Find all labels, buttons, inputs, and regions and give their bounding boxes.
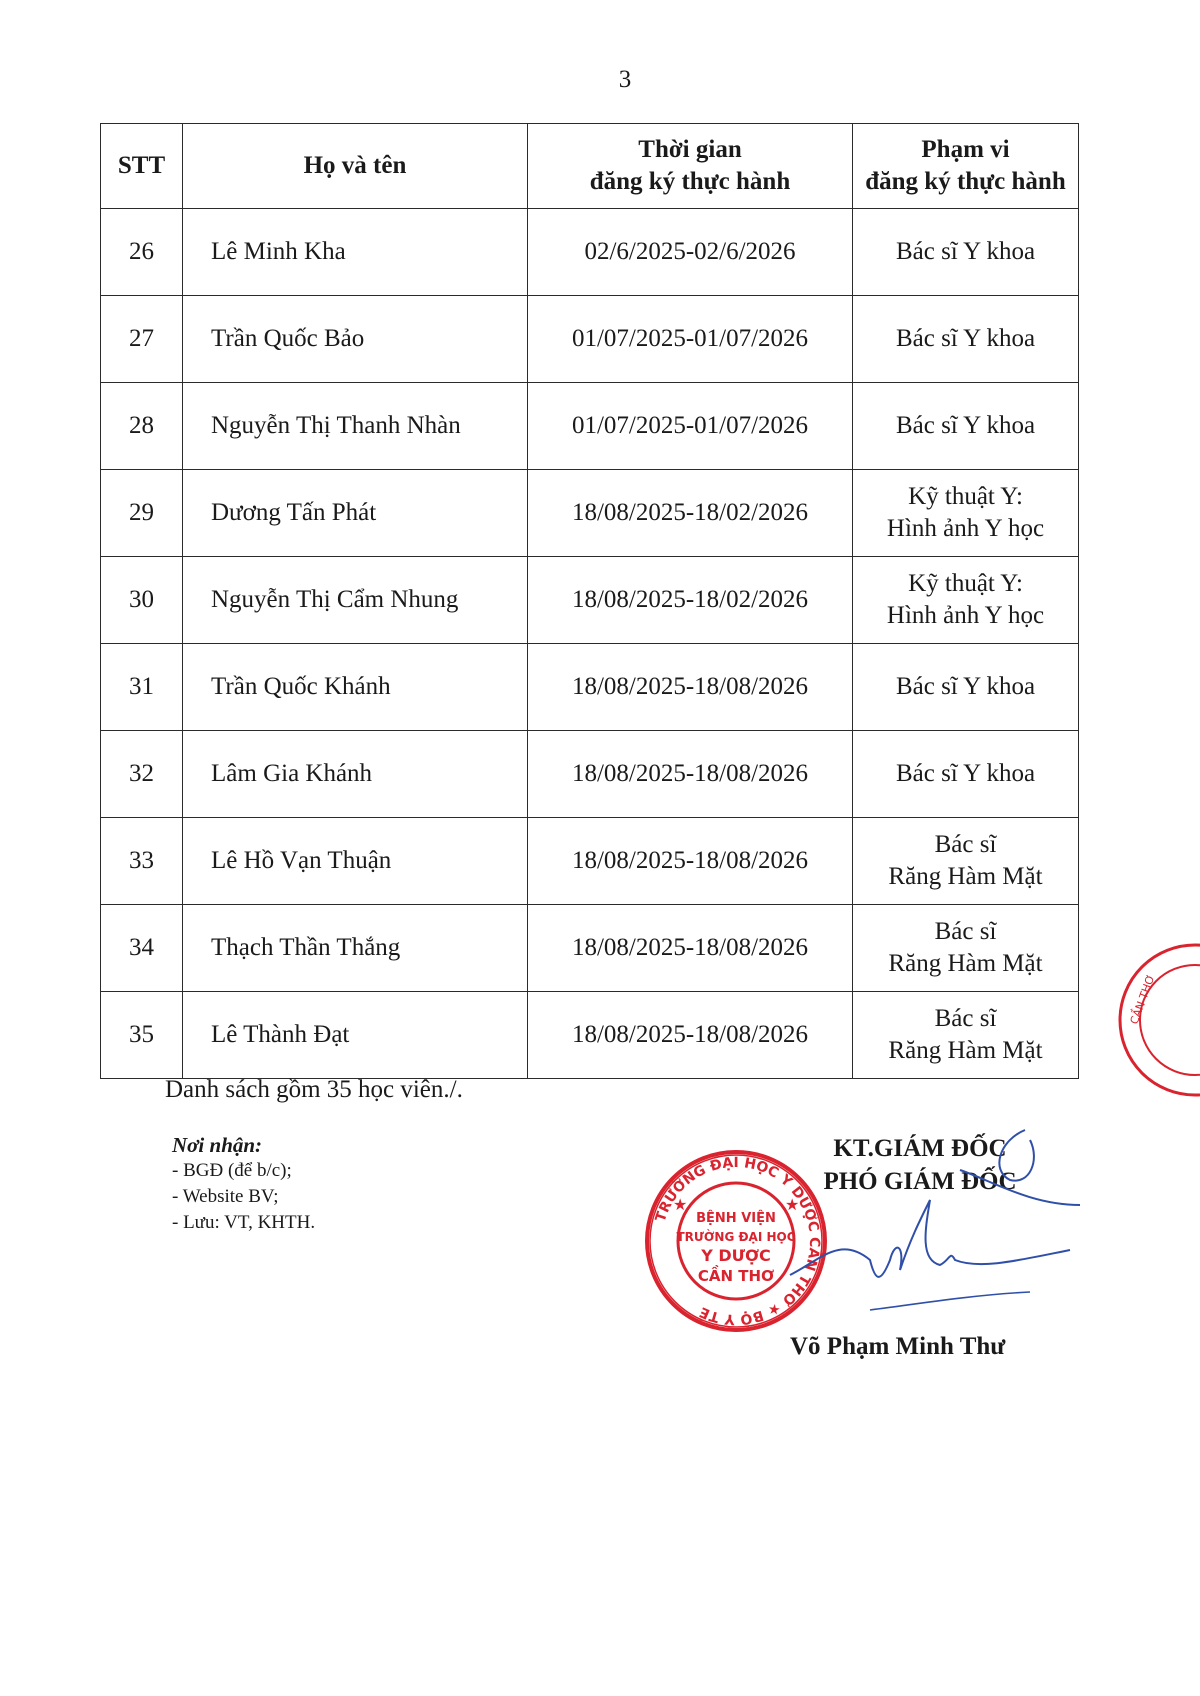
table-row: 30Nguyễn Thị Cẩm Nhung18/08/2025-18/02/2…	[101, 557, 1079, 644]
scope-line1: Kỹ thuật Y:	[854, 481, 1077, 513]
handwritten-signature	[780, 1110, 1090, 1330]
cell-name: Lâm Gia Khánh	[183, 731, 528, 818]
table-row: 29Dương Tấn Phát18/08/2025-18/02/2026Kỹ …	[101, 470, 1079, 557]
header-time: Thời gian đăng ký thực hành	[528, 124, 853, 209]
cell-time: 18/08/2025-18/08/2026	[528, 644, 853, 731]
scope-line2: Hình ảnh Y học	[854, 513, 1077, 545]
cell-name: Dương Tấn Phát	[183, 470, 528, 557]
cell-name: Lê Minh Kha	[183, 209, 528, 296]
svg-text:BỆNH VIỆN: BỆNH VIỆN	[696, 1210, 776, 1226]
cell-scope: Kỹ thuật Y:Hình ảnh Y học	[853, 557, 1079, 644]
scope-line2: Răng Hàm Mặt	[854, 948, 1077, 980]
scope-line2: Răng Hàm Mặt	[854, 861, 1077, 893]
cell-stt: 32	[101, 731, 183, 818]
cell-name: Trần Quốc Bảo	[183, 296, 528, 383]
svg-text:TRƯỜNG ĐẠI HỌC: TRƯỜNG ĐẠI HỌC	[676, 1229, 795, 1244]
cell-stt: 30	[101, 557, 183, 644]
table-row: 35Lê Thành Đạt18/08/2025-18/08/2026Bác s…	[101, 992, 1079, 1079]
cell-time: 18/08/2025-18/08/2026	[528, 818, 853, 905]
table-row: 26Lê Minh Kha02/6/2025-02/6/2026Bác sĩ Y…	[101, 209, 1079, 296]
table-row: 32Lâm Gia Khánh18/08/2025-18/08/2026Bác …	[101, 731, 1079, 818]
cell-scope: Bác sĩ Y khoa	[853, 644, 1079, 731]
cell-time: 18/08/2025-18/08/2026	[528, 992, 853, 1079]
cell-name: Lê Thành Đạt	[183, 992, 528, 1079]
recipient-item: - Lưu: VT, KHTH.	[172, 1210, 315, 1236]
summary-text: Danh sách gồm 35 học viên./.	[165, 1076, 463, 1104]
recipients-label: Nơi nhận:	[172, 1132, 315, 1158]
cell-scope: Kỹ thuật Y:Hình ảnh Y học	[853, 470, 1079, 557]
scope-line2: Răng Hàm Mặt	[854, 1035, 1077, 1067]
cell-time: 18/08/2025-18/08/2026	[528, 905, 853, 992]
scope-line1: Bác sĩ	[854, 1003, 1077, 1035]
table-row: 28Nguyễn Thị Thanh Nhàn01/07/2025-01/07/…	[101, 383, 1079, 470]
cell-scope: Bác sĩRăng Hàm Mặt	[853, 905, 1079, 992]
scope-line1: Bác sĩ	[854, 916, 1077, 948]
cell-stt: 27	[101, 296, 183, 383]
recipient-item: - BGĐ (để b/c);	[172, 1158, 315, 1184]
cell-scope: Bác sĩ Y khoa	[853, 383, 1079, 470]
cell-name: Thạch Thần Thắng	[183, 905, 528, 992]
cell-time: 02/6/2025-02/6/2026	[528, 209, 853, 296]
scope-line1: Kỹ thuật Y:	[854, 568, 1077, 600]
cell-stt: 33	[101, 818, 183, 905]
header-time-line1: Thời gian	[529, 134, 851, 166]
table-row: 31Trần Quốc Khánh18/08/2025-18/08/2026Bá…	[101, 644, 1079, 731]
table-row: 33Lê Hồ Vạn Thuận18/08/2025-18/08/2026Bá…	[101, 818, 1079, 905]
cell-time: 01/07/2025-01/07/2026	[528, 383, 853, 470]
recipient-item: - Website BV;	[172, 1184, 315, 1210]
recipients-block: Nơi nhận: - BGĐ (để b/c); - Website BV; …	[172, 1132, 315, 1236]
svg-text:CẦN THƠ: CẦN THƠ	[698, 1264, 774, 1285]
table-header-row: STT Họ và tên Thời gian đăng ký thực hàn…	[101, 124, 1079, 209]
cell-stt: 31	[101, 644, 183, 731]
header-scope-line2: đăng ký thực hành	[854, 166, 1077, 198]
header-stt: STT	[101, 124, 183, 209]
svg-text:Y DƯỢC: Y DƯỢC	[700, 1246, 771, 1265]
cell-scope: Bác sĩRăng Hàm Mặt	[853, 818, 1079, 905]
cell-stt: 26	[101, 209, 183, 296]
header-scope-line1: Phạm vi	[854, 134, 1077, 166]
table-row: 27Trần Quốc Bảo01/07/2025-01/07/2026Bác …	[101, 296, 1079, 383]
page-number: 3	[0, 66, 1200, 94]
cell-name: Nguyễn Thị Thanh Nhàn	[183, 383, 528, 470]
cell-scope: Bác sĩ Y khoa	[853, 296, 1079, 383]
cell-time: 01/07/2025-01/07/2026	[528, 296, 853, 383]
svg-text:★: ★	[673, 1197, 687, 1214]
scope-line2: Hình ảnh Y học	[854, 600, 1077, 632]
table-row: 34Thạch Thần Thắng18/08/2025-18/08/2026B…	[101, 905, 1079, 992]
scope-line1: Bác sĩ	[854, 829, 1077, 861]
cell-name: Lê Hồ Vạn Thuận	[183, 818, 528, 905]
scope-line1: Bác sĩ Y khoa	[854, 671, 1077, 703]
scope-line1: Bác sĩ Y khoa	[854, 323, 1077, 355]
header-scope: Phạm vi đăng ký thực hành	[853, 124, 1079, 209]
cell-stt: 29	[101, 470, 183, 557]
cell-name: Trần Quốc Khánh	[183, 644, 528, 731]
cell-scope: Bác sĩ Y khoa	[853, 731, 1079, 818]
student-roster-table: STT Họ và tên Thời gian đăng ký thực hàn…	[100, 123, 1079, 1079]
scope-line1: Bác sĩ Y khoa	[854, 758, 1077, 790]
cell-stt: 34	[101, 905, 183, 992]
cell-time: 18/08/2025-18/02/2026	[528, 470, 853, 557]
scope-line1: Bác sĩ Y khoa	[854, 236, 1077, 268]
cell-stt: 28	[101, 383, 183, 470]
header-time-line2: đăng ký thực hành	[529, 166, 851, 198]
partial-seal-edge-icon: CẦN THƠ	[1085, 930, 1200, 1110]
scope-line1: Bác sĩ Y khoa	[854, 410, 1077, 442]
cell-scope: Bác sĩRăng Hàm Mặt	[853, 992, 1079, 1079]
cell-time: 18/08/2025-18/02/2026	[528, 557, 853, 644]
header-name: Họ và tên	[183, 124, 528, 209]
cell-scope: Bác sĩ Y khoa	[853, 209, 1079, 296]
cell-stt: 35	[101, 992, 183, 1079]
signer-name: Võ Phạm Minh Thư	[790, 1333, 1005, 1361]
cell-name: Nguyễn Thị Cẩm Nhung	[183, 557, 528, 644]
cell-time: 18/08/2025-18/08/2026	[528, 731, 853, 818]
